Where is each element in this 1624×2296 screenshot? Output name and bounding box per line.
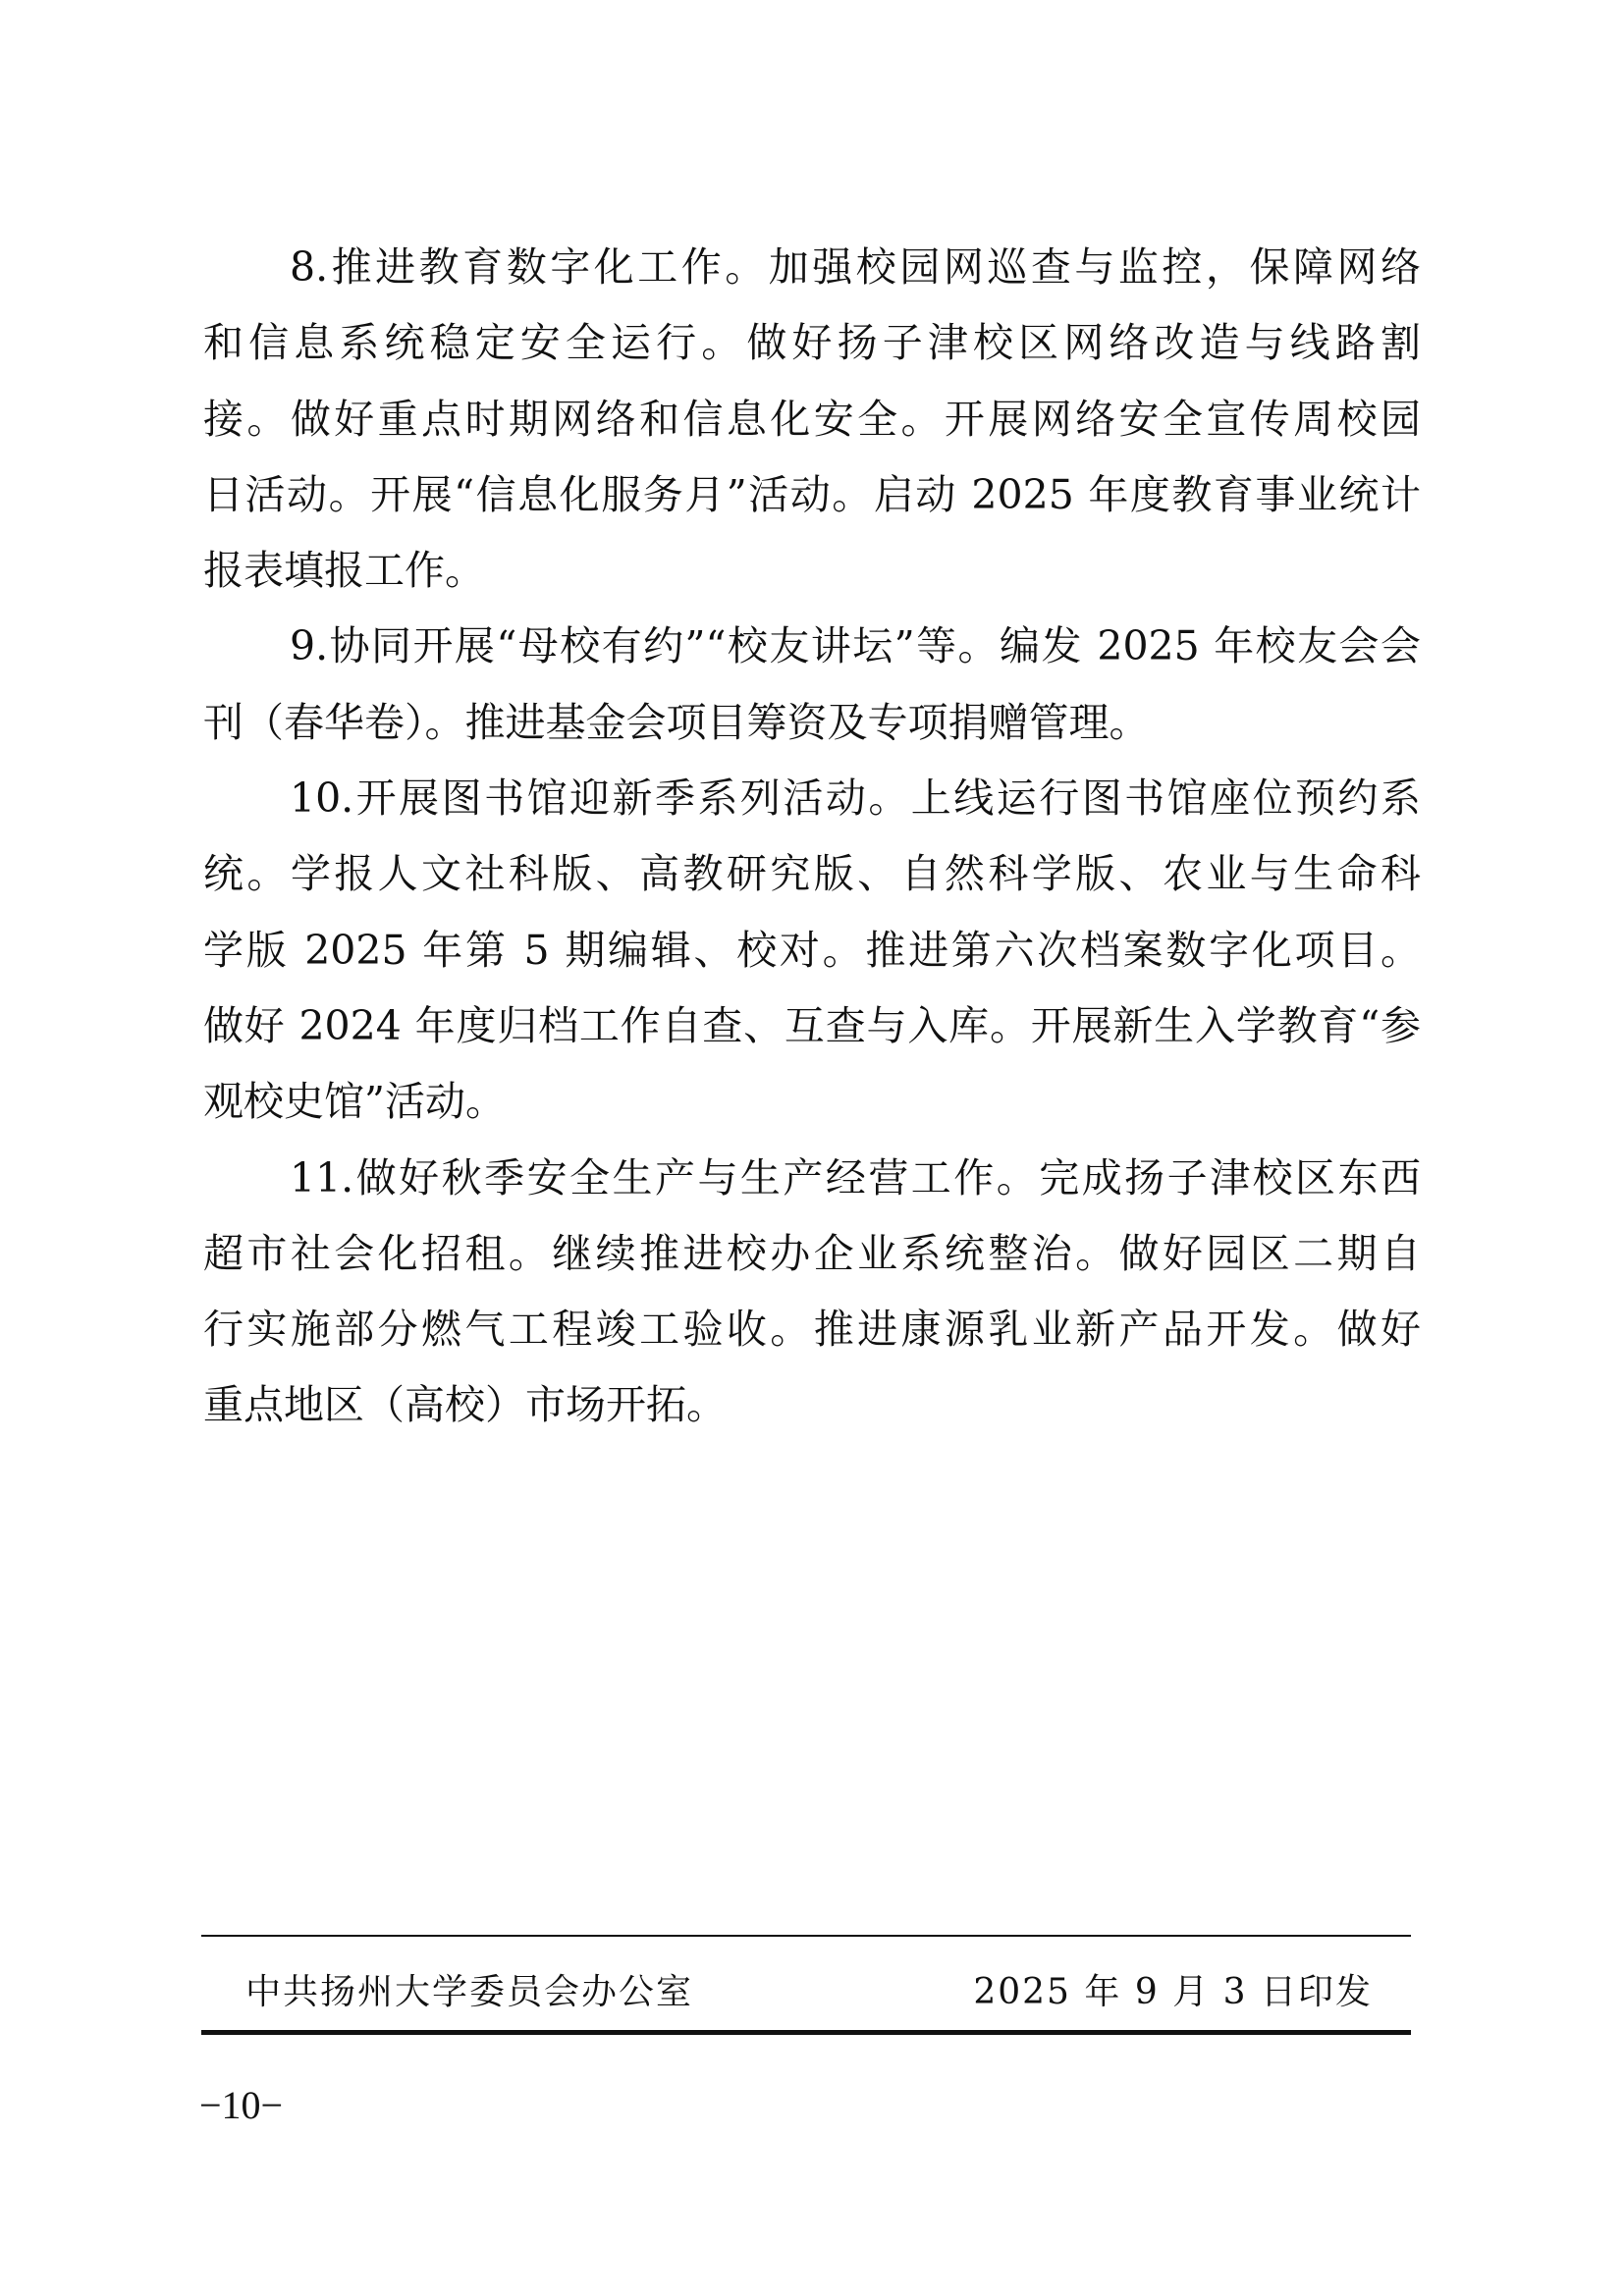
paragraph-11: 11.做好秋季安全生产与生产经营工作。完成扬子津校区东西 超市社会化招租。继续推… <box>203 1152 1421 1456</box>
text-line: 9.协同开展“母校有约”“校友讲坛”等。编发 2025 年校友会会 <box>203 620 1421 696</box>
footer-top-rule <box>201 1935 1411 1937</box>
text-line: 做好 2024 年度归档工作自查、互查与入库。开展新生入学教育“参 <box>203 1000 1421 1076</box>
text-line: 刊（春华卷）。推进基金会项目筹资及专项捐赠管理。 <box>203 697 1421 773</box>
paragraph-8: 8.推进教育数字化工作。加强校园网巡查与监控，保障网络 和信息系统稳定安全运行。… <box>203 241 1421 620</box>
document-body: 8.推进教育数字化工作。加强校园网巡查与监控，保障网络 和信息系统稳定安全运行。… <box>203 241 1421 1456</box>
text-line: 和信息系统稳定安全运行。做好扬子津校区网络改造与线路割 <box>203 317 1421 393</box>
paragraph-10: 10.开展图书馆迎新季系列活动。上线运行图书馆座位预约系 统。学报人文社科版、高… <box>203 773 1421 1151</box>
text-line: 日活动。开展“信息化服务月”活动。启动 2025 年度教育事业统计 <box>203 469 1421 545</box>
page-number: −10− <box>199 2081 283 2130</box>
document-page: 8.推进教育数字化工作。加强校园网巡查与监控，保障网络 和信息系统稳定安全运行。… <box>0 0 1624 2296</box>
footer-issue-date: 2025 年 9 月 3 日印发 <box>973 1968 1373 2017</box>
text-line: 学版 2025 年第 5 期编辑、校对。推进第六次档案数字化项目。 <box>203 925 1421 1000</box>
text-line: 10.开展图书馆迎新季系列活动。上线运行图书馆座位预约系 <box>203 773 1421 848</box>
footer-bottom-rule <box>201 2030 1411 2035</box>
text-line: 行实施部分燃气工程竣工验收。推进康源乳业新产品开发。做好 <box>203 1304 1421 1379</box>
text-line: 报表填报工作。 <box>203 545 1421 620</box>
footer-issuer: 中共扬州大学委员会办公室 <box>245 1968 693 2017</box>
text-line: 统。学报人文社科版、高教研究版、自然科学版、农业与生命科 <box>203 848 1421 924</box>
paragraph-9: 9.协同开展“母校有约”“校友讲坛”等。编发 2025 年校友会会 刊（春华卷）… <box>203 620 1421 773</box>
text-line: 重点地区（高校）市场开拓。 <box>203 1379 1421 1455</box>
text-line: 8.推进教育数字化工作。加强校园网巡查与监控，保障网络 <box>203 241 1421 317</box>
text-line: 11.做好秋季安全生产与生产经营工作。完成扬子津校区东西 <box>203 1152 1421 1228</box>
text-line: 超市社会化招租。继续推进校办企业系统整治。做好园区二期自 <box>203 1228 1421 1304</box>
text-line: 观校史馆”活动。 <box>203 1076 1421 1151</box>
text-line: 接。做好重点时期网络和信息化安全。开展网络安全宣传周校园 <box>203 394 1421 469</box>
